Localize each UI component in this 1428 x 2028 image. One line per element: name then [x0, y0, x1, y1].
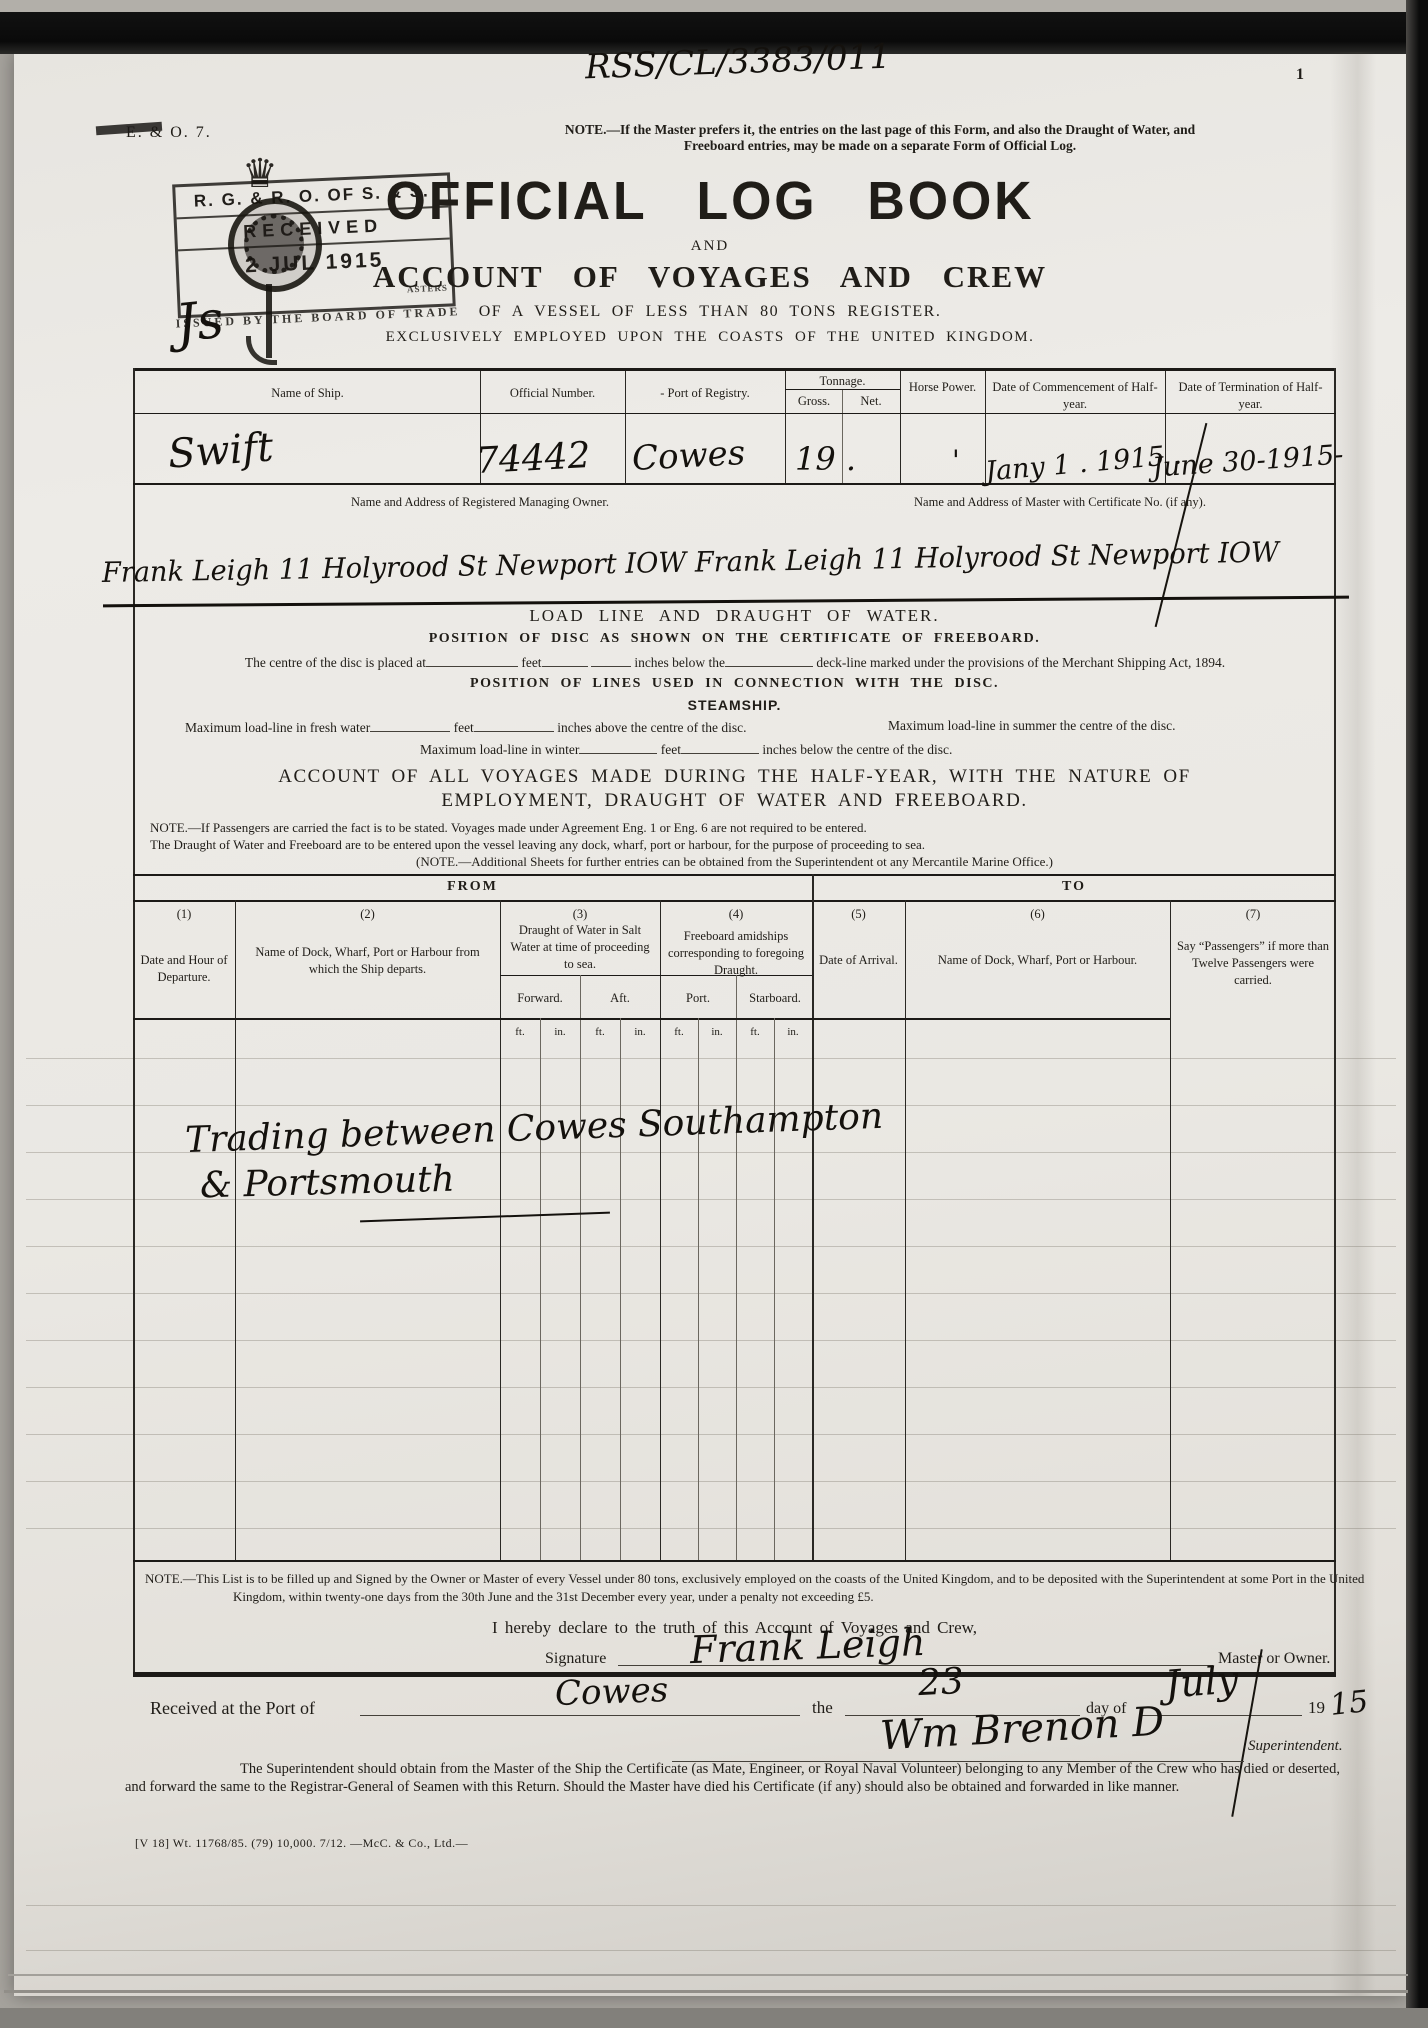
col3-sub-aft: Aft. [582, 990, 658, 1007]
top-note-line2: Freeboard entries, may be made on a sepa… [420, 138, 1340, 154]
ruled-line [26, 1434, 1396, 1435]
printer-imprint: [V 18] Wt. 11768/85. (79) 10,000. 7/12. … [135, 1836, 468, 1851]
ship-header-net: Net. [844, 393, 898, 410]
winter-p2: feet [661, 742, 681, 757]
col5-num: (5) [814, 906, 903, 923]
form-box-top [133, 368, 1336, 371]
voyages-heading-1: ACCOUNT OF ALL VOYAGES MADE DURING THE H… [133, 766, 1336, 788]
col6-label: Name of Dock, Wharf, Port or Harbour. [930, 952, 1145, 969]
blank-field [370, 718, 450, 732]
owner-header: Name and Address of Registered Managing … [200, 494, 760, 511]
voyages-note-2: The Draught of Water and Freeboard are t… [150, 837, 925, 853]
gross-tonnage-handwritten: 19 . [795, 440, 856, 478]
to-label: TO [812, 879, 1336, 895]
col-line-3-4 [660, 900, 661, 1560]
voyages-note-1: NOTE.—If Passengers are carried the fact… [150, 820, 867, 836]
ship-header-horse-power: Horse Power. [902, 379, 983, 396]
ruled-line [26, 1293, 1396, 1294]
horse-power-mark-handwritten: ' [952, 444, 960, 477]
paper-bottom-edge-3 [0, 2008, 1428, 2028]
disc-line-p3: inches below the [634, 655, 725, 670]
ft-label: ft. [737, 1026, 773, 1038]
col-line-1-2 [235, 900, 236, 1560]
col-line-5-6 [905, 900, 906, 1560]
ship-col-line [785, 371, 786, 483]
voyage-header-top [133, 900, 1336, 902]
disc-line-p2: feet [521, 655, 541, 670]
col-line-2-3 [500, 900, 501, 1560]
ship-header-tonnage: Tonnage. [787, 373, 898, 390]
declaration-note: NOTE.—This List is to be filled up and S… [145, 1570, 1413, 1605]
ship-header-gross: Gross. [787, 393, 841, 410]
winter-line: Maximum load-line in winter feet inches … [420, 740, 952, 758]
col5-label: Date of Arrival. [816, 952, 901, 969]
summer-line: Maximum load-line in summer the centre o… [888, 718, 1176, 734]
top-note-line1: NOTE.—If the Master prefers it, the entr… [420, 122, 1340, 138]
top-note: NOTE.—If the Master prefers it, the entr… [420, 122, 1340, 154]
note-box-top [133, 1560, 1336, 1562]
ftin-split [620, 1018, 621, 1560]
col7-num: (7) [1172, 906, 1334, 923]
year-handwritten: 15 [1328, 1684, 1370, 1723]
the-label: the [812, 1698, 833, 1718]
voyage-entry-line2-handwritten: & Portsmouth [200, 1159, 456, 1207]
fresh-water-line: Maximum load-line in fresh water feet in… [185, 718, 746, 736]
ship-header-commencement: Date of Commencement of Half-year. [987, 379, 1163, 413]
ship-col-line [900, 371, 901, 483]
col6-num: (6) [907, 906, 1168, 923]
ruled-line [26, 1058, 1396, 1059]
blank-field [681, 740, 759, 754]
superintendent-label: Superintendent. [1248, 1738, 1343, 1755]
in-label: in. [541, 1026, 579, 1038]
ruled-line [26, 1340, 1396, 1341]
scan-top-edge-light [0, 0, 1428, 12]
winter-p3: inches below the centre of the disc. [762, 742, 952, 757]
blank-field [542, 653, 588, 667]
paper-bottom-edge-1 [8, 1974, 1408, 1976]
ftin-row-top [133, 1018, 1170, 1020]
col-line-6-7 [1170, 900, 1171, 1560]
in-label: in. [775, 1026, 811, 1038]
official-number-handwritten: 74442 [475, 435, 592, 482]
col2-num: (2) [237, 906, 498, 923]
col3-label: Draught of Water in Salt Water at time o… [504, 922, 656, 973]
voyages-heading-2: EMPLOYMENT, DRAUGHT OF WATER AND FREEBOA… [133, 790, 1336, 812]
subtitle: ACCOUNT OF VOYAGES AND CREW [260, 259, 1160, 295]
forward-aft-split [580, 975, 581, 1560]
signature-handwritten: Frank Leigh [689, 1620, 926, 1672]
disc-line-p1: The centre of the disc is placed at [245, 655, 426, 670]
scanned-log-book-page: RSS/CL/3383/011 1 E. & O. 7. NOTE.—If th… [0, 0, 1428, 2028]
paper-bottom-edge-2 [4, 1990, 1408, 1993]
from-label: FROM [133, 879, 812, 895]
disc-line-p4: deck-line marked under the provisions of… [816, 655, 1225, 670]
signature-label: Signature [545, 1650, 606, 1668]
title-line4: EXCLUSIVELY EMPLOYED UPON THE COASTS OF … [260, 329, 1160, 346]
blank-field [474, 718, 554, 732]
year-printed: 19 [1308, 1698, 1325, 1718]
col4-sub-starboard: Starboard. [738, 990, 812, 1007]
port-starboard-split [736, 975, 737, 1560]
ruled-line [26, 1387, 1396, 1388]
title-and: AND [260, 238, 1160, 255]
form-box-right [1334, 368, 1336, 1676]
ruled-line [26, 1528, 1396, 1529]
blank-field [426, 653, 518, 667]
title-line3: OF A VESSEL OF LESS THAN 80 TONS REGISTE… [260, 303, 1160, 321]
load-line-heading: LOAD LINE AND DRAUGHT OF WATER. [133, 606, 1336, 626]
clerk-initials-handwritten: Js [173, 290, 227, 355]
received-port-handwritten: Cowes [554, 1670, 668, 1714]
col3-num: (3) [502, 906, 658, 923]
col1-num: (1) [135, 906, 233, 923]
steamship-heading: STEAMSHIP. [133, 697, 1336, 713]
disc-heading: POSITION OF DISC AS SHOWN ON THE CERTIFI… [133, 631, 1336, 647]
main-title: OFFICIAL LOG BOOK [278, 170, 1142, 232]
page-number: 1 [1296, 66, 1304, 84]
col4-sub-port: Port. [662, 990, 734, 1007]
ft-label: ft. [661, 1026, 697, 1038]
ship-name-handwritten: Swift [167, 424, 275, 477]
col3-sub-forward: Forward. [502, 990, 578, 1007]
col1-label: Date and Hour of Departure. [137, 952, 231, 986]
blank-field [579, 740, 657, 754]
voyages-note-3: (NOTE.—Additional Sheets for further ent… [133, 854, 1336, 870]
received-label: Received at the Port of [150, 1698, 315, 1719]
ruled-line [26, 1481, 1396, 1482]
voyage-from-to-top [133, 874, 1336, 876]
col4-label: Freeboard amidships corresponding to for… [664, 928, 808, 979]
fresh-p2: feet [454, 720, 474, 735]
winter-p1: Maximum load-line in winter [420, 742, 579, 757]
title-block: OFFICIAL LOG BOOK AND ACCOUNT OF VOYAGES… [260, 170, 1160, 346]
form-box-bottom-heavy [133, 1672, 1336, 1677]
day-handwritten: 23 [917, 1661, 965, 1704]
scan-right-edge-dark [1406, 0, 1428, 2028]
month-handwritten: July [1164, 1657, 1240, 1706]
in-label: in. [621, 1026, 659, 1038]
ship-col-line [625, 371, 626, 483]
ship-header-termination: Date of Termination of Half-year. [1167, 379, 1334, 413]
disc-line: The centre of the disc is placed at feet… [140, 653, 1330, 671]
in-label: in. [699, 1026, 735, 1038]
blank-field [725, 653, 813, 667]
ship-header-name: Name of Ship. [135, 385, 480, 402]
ftin-split [540, 1018, 541, 1560]
col4-num: (4) [662, 906, 810, 923]
from-to-divider [812, 874, 814, 1560]
ruled-line [26, 1905, 1396, 1906]
ship-header-underline [133, 413, 1336, 414]
ship-header-number: Official Number. [482, 385, 623, 402]
ftin-split [698, 1018, 699, 1560]
port-of-registry-handwritten: Cowes [631, 433, 746, 479]
superintendent-instructions: The Superintendent should obtain from th… [125, 1760, 1340, 1796]
ruled-line [26, 1246, 1396, 1247]
col2-label: Name of Dock, Wharf, Port or Harbour fro… [255, 944, 480, 978]
ft-label: ft. [502, 1026, 538, 1038]
lines-heading: POSITION OF LINES USED IN CONNECTION WIT… [133, 676, 1336, 692]
ruled-line [26, 1950, 1396, 1951]
blank-field [591, 653, 631, 667]
fresh-p1: Maximum load-line in fresh water [185, 720, 370, 735]
col7-label: Say “Passengers” if more than Twelve Pas… [1176, 938, 1330, 989]
master-header: Name and Address of Master with Certific… [790, 494, 1330, 511]
ship-header-port: - Port of Registry. [627, 385, 783, 402]
ft-label: ft. [581, 1026, 619, 1038]
fresh-p3: inches above the centre of the disc. [557, 720, 746, 735]
